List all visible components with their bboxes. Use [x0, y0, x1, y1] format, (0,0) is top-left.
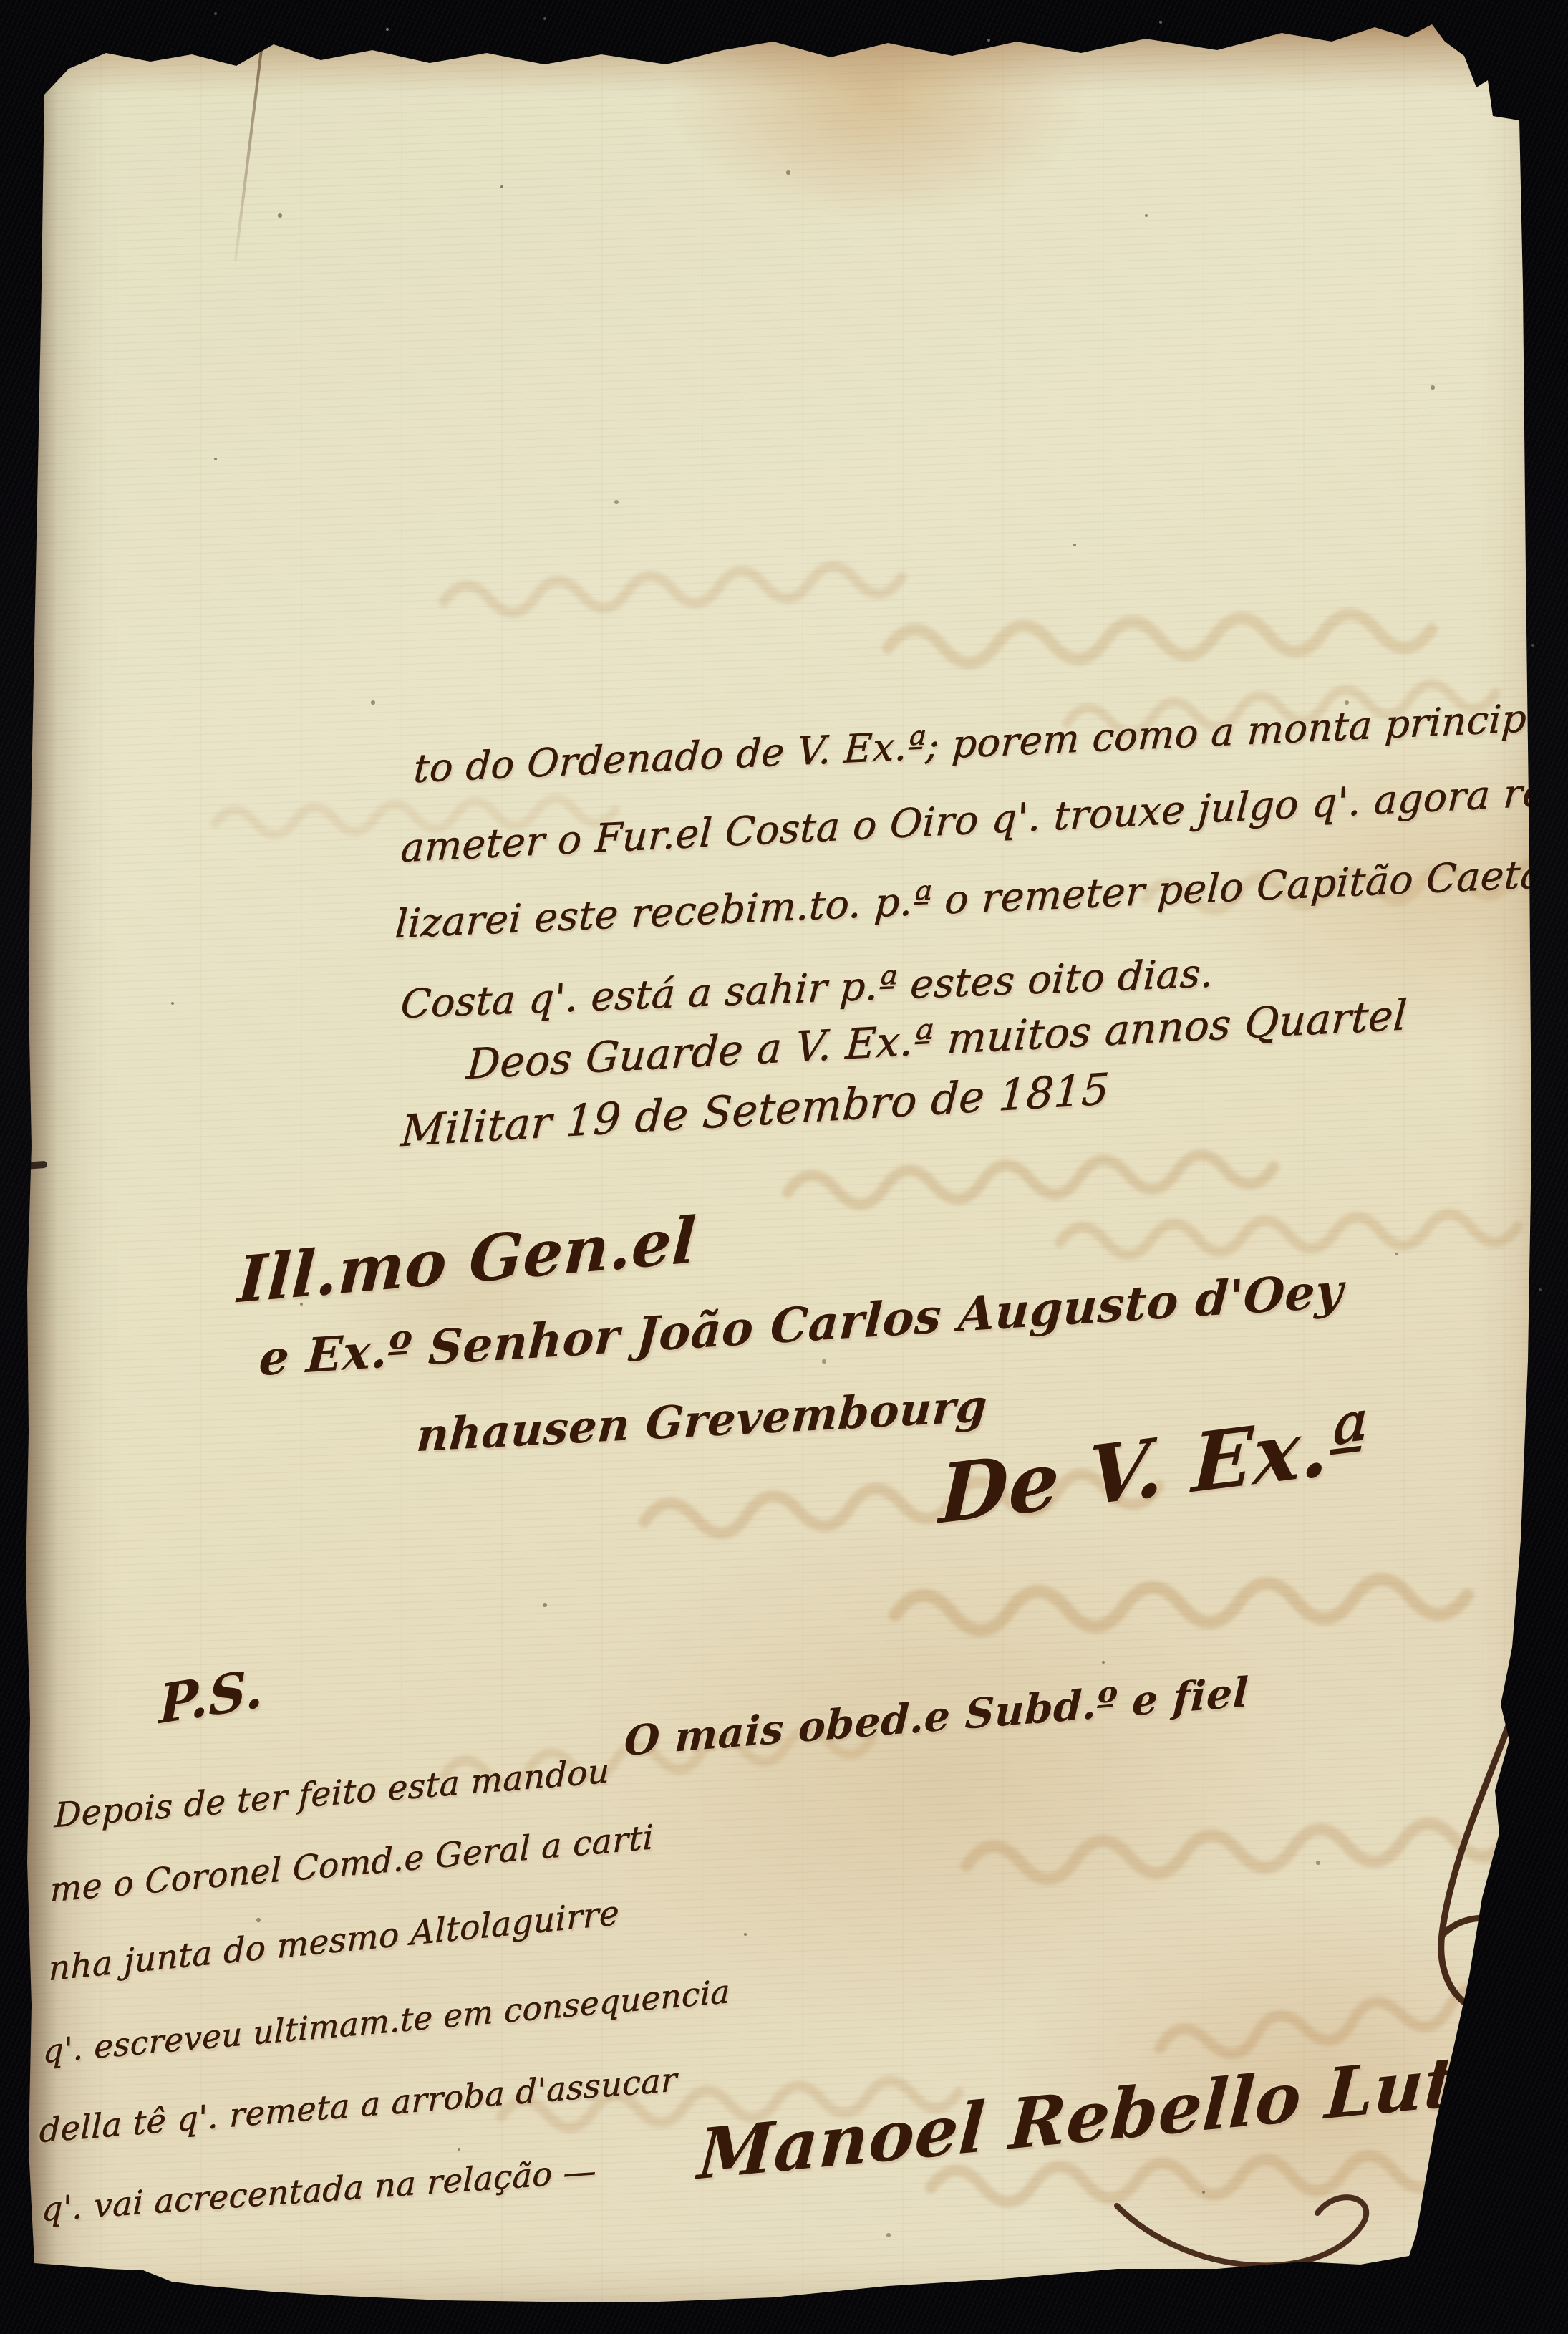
fabric-speckles: [0, 0, 1, 1]
photo-backdrop: to do Ordenado de V. Ex.ª; porem como a …: [0, 0, 1568, 2334]
manuscript-page: to do Ordenado de V. Ex.ª; porem como a …: [0, 0, 1568, 2334]
burned-edge-shading: [0, 0, 1568, 2334]
